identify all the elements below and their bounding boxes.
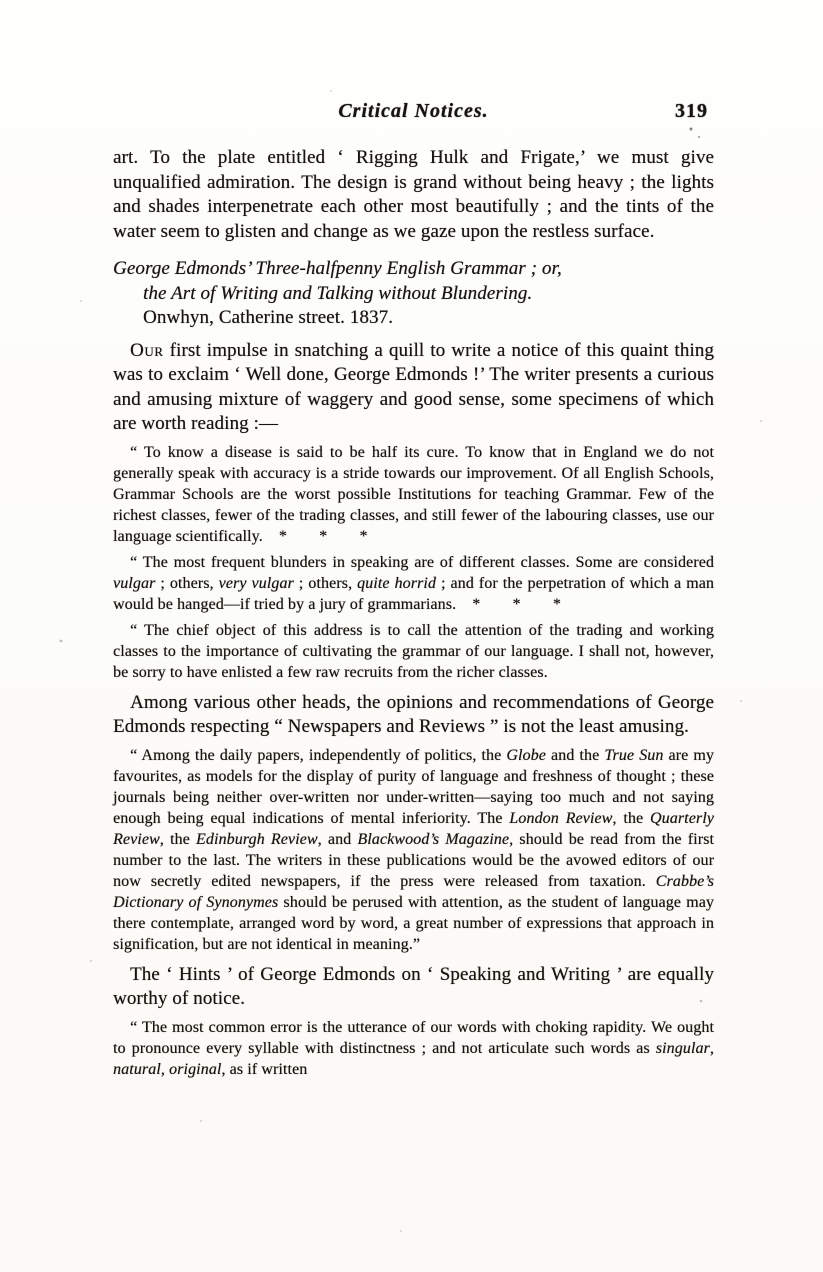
text-segment: and the — [546, 747, 604, 764]
text-segment: vulgar — [113, 575, 155, 592]
running-title: Critical Notices. — [338, 100, 488, 122]
text-segment: ; others, — [155, 575, 218, 592]
text-segment: art. To the plate entitled ‘ Rigging Hul… — [113, 147, 714, 242]
running-head: Critical Notices. 319 — [113, 100, 714, 126]
citation-line: George Edmonds’ Three-halfpenny English … — [113, 257, 714, 282]
text-segment: very vulgar — [219, 575, 294, 592]
citation-line: Onwhyn, Catherine street. 1837. — [113, 306, 714, 331]
text-segment: “ To know a disease is said to be half i… — [113, 444, 714, 545]
scanned-book-page: Critical Notices. 319 art. To the plate … — [0, 0, 823, 1272]
extract-frequent-blunders: “ The most frequent blunders in speaking… — [113, 552, 714, 615]
text-segment: first impulse in snatching a quill to wr… — [113, 340, 714, 435]
text-segment: London Review — [509, 810, 612, 827]
extract-chief-object: “ The chief object of this address is to… — [113, 620, 714, 683]
text-segment: ; others, — [294, 575, 357, 592]
text-segment: True Sun — [604, 747, 663, 764]
page-content: Critical Notices. 319 art. To the plate … — [113, 100, 714, 1080]
page-number: 319 — [675, 100, 708, 123]
paragraph-hints: The ‘ Hints ’ of George Edmonds on ‘ Spe… — [113, 963, 714, 1012]
text-segment: , as if written — [221, 1061, 307, 1078]
text-segment: Our — [130, 340, 164, 361]
text-segment: , and — [318, 831, 358, 848]
paragraph-plate-admiration: art. To the plate entitled ‘ Rigging Hul… — [113, 146, 714, 244]
text-segment: Edinburgh Review — [196, 831, 318, 848]
text-segment: singular — [656, 1040, 710, 1057]
text-segment: , the — [612, 810, 650, 827]
text-segment: , — [161, 1061, 169, 1078]
text-segment: natural — [113, 1061, 161, 1078]
scan-speckles — [0, 0, 2, 2]
text-segment: The ‘ Hints ’ of George Edmonds on ‘ Spe… — [113, 964, 714, 1010]
text-segment: “ Among the daily papers, independently … — [130, 747, 506, 764]
text-segment: the Art of Writing and Talking without B… — [143, 283, 532, 304]
extract-common-error: “ The most common error is the utterance… — [113, 1017, 714, 1080]
text-segment: “ The chief object of this address is to… — [113, 622, 714, 681]
text-segment: , the — [160, 831, 196, 848]
paragraph-among-heads: Among various other heads, the opinions … — [113, 691, 714, 740]
text-segment: Blackwood’s Magazine — [357, 831, 509, 848]
paragraph-first-impulse: Our first impulse in snatching a quill t… — [113, 339, 714, 437]
citation-line: the Art of Writing and Talking without B… — [113, 282, 714, 307]
extract-know-a-disease: “ To know a disease is said to be half i… — [113, 442, 714, 547]
text-segment: quite horrid — [357, 575, 436, 592]
text-segment: , — [710, 1040, 714, 1057]
text-segment: Onwhyn, Catherine street. 1837. — [143, 307, 393, 328]
text-segment: George Edmonds’ Three-halfpenny English … — [113, 258, 562, 279]
text-segment: “ The most common error is the utterance… — [113, 1019, 714, 1057]
text-segment: “ The most frequent blunders in speaking… — [130, 554, 714, 571]
text-segment: Globe — [506, 747, 546, 764]
book-citation: George Edmonds’ Three-halfpenny English … — [113, 257, 714, 331]
text-segment: original — [169, 1061, 221, 1078]
text-segment: Among various other heads, the opinions … — [113, 692, 714, 738]
extract-daily-papers: “ Among the daily papers, independently … — [113, 745, 714, 955]
text-body: art. To the plate entitled ‘ Rigging Hul… — [113, 146, 714, 1080]
